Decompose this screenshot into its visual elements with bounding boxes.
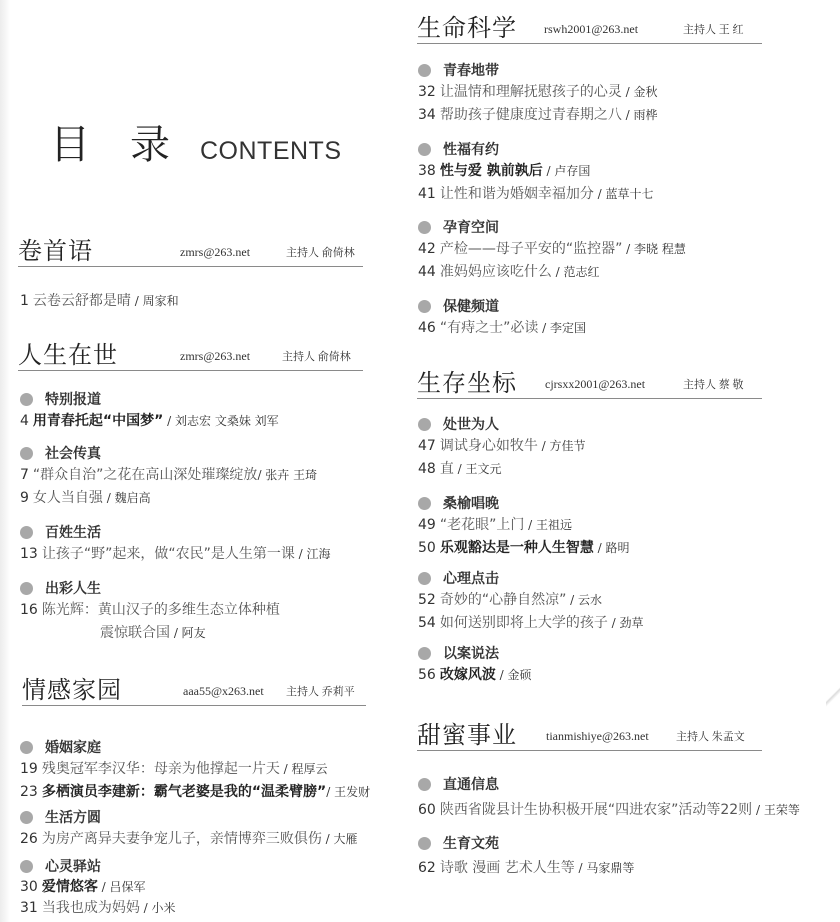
entry-author: / 吕保军 [98, 880, 146, 894]
group-xingfuyouyue: 性福有约 38性与爱 孰前孰后 / 卢存国 41让性和谐为婚姻幸福加分 / 蓝草… [418, 138, 654, 206]
category-label: 青春地带 [443, 60, 499, 80]
group-xinlingyizhan: 心灵驿站 30爱情悠客 / 吕保军 31当我也成为妈妈 / 小米 [20, 855, 176, 919]
entry-title: “有痔之士”必读 [440, 320, 539, 336]
page-number: 34 [418, 107, 436, 123]
category-label: 心理点击 [443, 568, 499, 588]
page-number: 46 [418, 320, 436, 336]
entry-title: 改嫁风波 [440, 667, 496, 683]
group-yianshuofa: 以案说法 56改嫁风波 / 金硕 [418, 642, 532, 687]
entry-author: / 大雁 [322, 832, 358, 846]
entry-title: 帮助孩子健康度过青春期之八 [440, 107, 622, 123]
toc-entry[interactable]: 34帮助孩子健康度过青春期之八 / 雨桦 [418, 104, 658, 127]
toc-entry-continuation[interactable]: 震惊联合国 / 阿友 [20, 622, 280, 645]
category-heading: 性福有约 [418, 138, 654, 160]
category-label: 桑榆唱晚 [443, 493, 499, 513]
entry-title: 奇妙的“心静自然凉” [440, 592, 567, 608]
page-fold-mark [826, 682, 840, 710]
entry-author: / 小米 [140, 901, 176, 915]
bullet-dot-icon [418, 778, 431, 791]
section-title: 人生在世 [18, 340, 118, 370]
page-number: 42 [418, 241, 436, 257]
group-baixingshenghuo: 百姓生活 13让孩子“野”起来，做“农民”是人生第一课 / 江海 [20, 521, 331, 566]
toc-entry[interactable]: 38性与爱 孰前孰后 / 卢存国 [418, 160, 654, 183]
page-number: 62 [418, 860, 436, 876]
group-xinlidianji: 心理点击 52奇妙的“心静自然凉” / 云水 54如何送别即将上大学的孩子 / … [418, 567, 644, 635]
entry-author: / 李定国 [538, 321, 586, 335]
section-title: 甜蜜事业 [417, 720, 517, 750]
category-heading: 直通信息 [418, 773, 800, 795]
toc-entry[interactable]: 46“有痔之士”必读 / 李定国 [418, 317, 586, 340]
entry-author: / 雨桦 [622, 108, 658, 122]
section-title: 卷首语 [18, 236, 93, 266]
title-contents: CONTENTS [200, 137, 342, 165]
bullet-dot-icon [20, 526, 33, 539]
section-host: 主持人 朱孟文 [676, 728, 745, 744]
category-heading: 桑榆唱晚 [418, 492, 630, 514]
entry-title: 陈光辉：黄山汉子的多维生态立体种植 [42, 602, 280, 618]
page-number: 9 [20, 490, 29, 506]
entry-author: / 刘志宏 文桑妹 刘军 [163, 414, 278, 428]
category-heading: 心理点击 [418, 567, 644, 589]
page-number: 13 [20, 546, 38, 562]
entry-title: 让性和谐为婚姻幸福加分 [440, 186, 594, 202]
entry-title: 诗歌 漫画 艺术人生等 [440, 860, 575, 876]
page-number: 52 [418, 592, 436, 608]
page-number: 7 [20, 467, 29, 483]
category-heading: 处世为人 [418, 413, 586, 435]
entry-author: / 王荣等 [752, 803, 800, 817]
group-shenghuofangyuan: 生活方圆 26为房产离异夫妻争宠儿子，亲情博弈三败俱伤 / 大雁 [20, 806, 358, 851]
entry-author: / 魏启高 [103, 491, 151, 505]
group-hunyinjiating: 婚姻家庭 19残奥冠军李汉华：母亲为他撑起一片天 / 程厚云 23多栖演员李建新… [20, 736, 370, 804]
bullet-dot-icon [418, 837, 431, 850]
page-number: 4 [20, 413, 29, 429]
category-heading: 百姓生活 [20, 521, 331, 543]
section-header: 情感家园 aaa55@x263.net 主持人 乔莉平 [22, 673, 366, 706]
page-number: 41 [418, 186, 436, 202]
toc-entry[interactable]: 52奇妙的“心静自然凉” / 云水 [418, 589, 644, 612]
entry-title: 如何送别即将上大学的孩子 [440, 615, 608, 631]
section-header: 人生在世 zmrs@263.net 主持人 俞倚林 [18, 338, 363, 371]
entry-author: / 路明 [594, 541, 630, 555]
entry-title: 产检——母子平安的“监控器” [440, 241, 623, 257]
entry-author: / 卢存国 [543, 164, 591, 178]
entries-juanshouyu: 1云卷云舒都是晴 / 周家和 [20, 290, 179, 313]
category-label: 保健频道 [443, 296, 499, 316]
toc-entry[interactable]: 41让性和谐为婚姻幸福加分 / 蓝草十七 [418, 183, 654, 206]
entry-title: 让孩子“野”起来，做“农民”是人生第一课 [42, 546, 295, 562]
section-email[interactable]: aaa55@x263.net [183, 684, 264, 699]
bullet-dot-icon [20, 447, 33, 460]
entry-author: / 阿友 [170, 626, 206, 640]
entry-title: 直 [440, 461, 454, 477]
toc-entry[interactable]: 31当我也成为妈妈 / 小米 [20, 898, 176, 919]
page-number: 44 [418, 264, 436, 280]
category-heading: 心灵驿站 [20, 855, 176, 877]
bullet-dot-icon [418, 647, 431, 660]
section-host: 主持人 俞倚林 [282, 348, 351, 364]
toc-entry[interactable]: 42产检——母子平安的“监控器” / 李晓 程慧 [418, 238, 686, 261]
entry-title: “群众自治”之花在高山深处璀璨绽放 [33, 467, 258, 483]
category-heading: 特别报道 [20, 388, 279, 410]
entry-author: / 马家鼎等 [575, 861, 635, 875]
bullet-dot-icon [418, 143, 431, 156]
section-host: 主持人 俞倚林 [286, 244, 355, 260]
category-heading: 出彩人生 [20, 577, 280, 599]
category-label: 孕育空间 [443, 217, 499, 237]
toc-entry[interactable]: 49“老花眼”上门 / 王祖远 [418, 514, 630, 537]
entry-title: 让温情和理解抚慰孩子的心灵 [440, 84, 622, 100]
section-tianmishiye: 甜蜜事业 tianmishiye@263.net 主持人 朱孟文 [417, 718, 762, 751]
category-heading: 青春地带 [418, 59, 658, 81]
page-number: 50 [418, 540, 436, 556]
page-number: 19 [20, 761, 38, 777]
bullet-dot-icon [20, 393, 33, 406]
entry-title: 爱情悠客 [42, 879, 98, 895]
group-yunyukongjian: 孕育空间 42产检——母子平安的“监控器” / 李晓 程慧 44准妈妈应该吃什么… [418, 216, 686, 284]
page-number: 48 [418, 461, 436, 477]
entry-title: 震惊联合国 [100, 625, 170, 641]
category-heading: 孕育空间 [418, 216, 686, 238]
entry-author: / 江海 [295, 547, 331, 561]
section-email[interactable]: rswh2001@263.net [544, 22, 638, 37]
entry-title: 女人当自强 [33, 490, 103, 506]
category-label: 心灵驿站 [45, 856, 101, 876]
toc-entry[interactable]: 13让孩子“野”起来，做“农民”是人生第一课 / 江海 [20, 543, 331, 566]
bullet-dot-icon [418, 221, 431, 234]
toc-entry[interactable]: 62诗歌 漫画 艺术人生等 / 马家鼎等 [418, 857, 634, 880]
bullet-dot-icon [20, 582, 33, 595]
bullet-dot-icon [20, 741, 33, 754]
section-title: 情感家园 [22, 675, 122, 705]
section-email[interactable]: zmrs@263.net [180, 245, 250, 260]
section-header: 生命科学 rswh2001@263.net 主持人 王 红 [417, 11, 762, 44]
bullet-dot-icon [20, 860, 33, 873]
section-shengcunzuobiao: 生存坐标 cjrsxx2001@263.net 主持人 蔡 敬 [417, 366, 762, 399]
category-label: 生活方圆 [45, 807, 101, 827]
entry-author: / 金秋 [622, 85, 658, 99]
toc-entry[interactable]: 26为房产离异夫妻争宠儿子，亲情博弈三败俱伤 / 大雁 [20, 828, 358, 851]
entry-title: 性与爱 孰前孰后 [440, 163, 543, 179]
category-label: 婚姻家庭 [45, 737, 101, 757]
entry-title: 云卷云舒都是晴 [33, 293, 131, 309]
group-tebiebaodao: 特别报道 4用青春托起“中国梦” / 刘志宏 文桑妹 刘军 [20, 388, 279, 433]
title-char-mu: 目 [50, 125, 90, 165]
category-label: 性福有约 [443, 139, 499, 159]
category-heading: 以案说法 [418, 642, 532, 664]
section-title: 生命科学 [417, 13, 517, 43]
toc-entry[interactable]: 32让温情和理解抚慰孩子的心灵 / 金秋 [418, 81, 658, 104]
toc-entry[interactable]: 19残奥冠军李汉华：母亲为他撑起一片天 / 程厚云 [20, 758, 370, 781]
entry-title: 准妈妈应该吃什么 [440, 264, 552, 280]
entry-author: / 周家和 [131, 294, 179, 308]
section-host: 主持人 王 红 [683, 21, 744, 37]
page-number: 32 [418, 84, 436, 100]
toc-entry[interactable]: 50乐观豁达是一种人生智慧 / 路明 [418, 537, 630, 560]
toc-entry[interactable]: 30爱情悠客 / 吕保军 [20, 877, 176, 898]
section-host: 主持人 蔡 敬 [683, 376, 744, 392]
page-number: 54 [418, 615, 436, 631]
bullet-dot-icon [20, 811, 33, 824]
section-header: 甜蜜事业 tianmishiye@263.net 主持人 朱孟文 [417, 718, 762, 751]
category-label: 生育文苑 [443, 833, 499, 853]
group-zhitongxinxi: 直通信息 60陕西省陇县计生协积极开展“四进农家”活动等22则 / 王荣等 [418, 773, 800, 822]
section-email[interactable]: cjrsxx2001@263.net [545, 377, 645, 392]
section-header: 卷首语 zmrs@263.net 主持人 俞倚林 [18, 234, 363, 267]
entry-author: / 李晓 程慧 [622, 242, 686, 256]
page-number: 31 [20, 900, 38, 916]
category-label: 社会传真 [45, 443, 101, 463]
bullet-dot-icon [418, 497, 431, 510]
entry-title: “老花眼”上门 [440, 517, 525, 533]
page-number: 47 [418, 438, 436, 454]
entry-author: / 张卉 王琦 [257, 468, 317, 482]
bullet-dot-icon [418, 300, 431, 313]
page-number: 38 [418, 163, 436, 179]
entry-title: 多栖演员李建新：霸气老婆是我的“温柔臂膀” [42, 784, 326, 800]
toc-entry[interactable]: 47调试身心如牧牛 / 方佳节 [418, 435, 586, 458]
category-heading: 婚姻家庭 [20, 736, 370, 758]
category-label: 处世为人 [443, 414, 499, 434]
category-heading: 生育文苑 [418, 832, 634, 854]
category-heading: 保健频道 [418, 295, 586, 317]
section-host: 主持人 乔莉平 [286, 683, 355, 699]
category-label: 以案说法 [443, 643, 499, 663]
entry-title: 乐观豁达是一种人生智慧 [440, 540, 594, 556]
bullet-dot-icon [418, 418, 431, 431]
toc-entry[interactable]: 54如何送别即将上大学的孩子 / 劲草 [418, 612, 644, 635]
group-shehuichuanzhen: 社会传真 7“群众自治”之花在高山深处璀璨绽放/ 张卉 王琦 9女人当自强 / … [20, 442, 317, 510]
page-number: 16 [20, 602, 38, 618]
entry-author: / 王祖远 [524, 518, 572, 532]
page-number: 60 [418, 802, 436, 818]
group-shengyuwenyuan: 生育文苑 62诗歌 漫画 艺术人生等 / 马家鼎等 [418, 832, 634, 880]
entry-title: 为房产离异夫妻争宠儿子，亲情博弈三败俱伤 [42, 831, 322, 847]
page-number: 1 [20, 293, 29, 309]
entry-author: / 金硕 [496, 668, 532, 682]
group-sangyuchangwan: 桑榆唱晚 49“老花眼”上门 / 王祖远 50乐观豁达是一种人生智慧 / 路明 [418, 492, 630, 560]
entry-author: / 劲草 [608, 616, 644, 630]
toc-entry[interactable]: 1云卷云舒都是晴 / 周家和 [20, 290, 179, 313]
toc-entry[interactable]: 56改嫁风波 / 金硕 [418, 664, 532, 687]
toc-entry[interactable]: 48直 / 王文元 [418, 458, 586, 481]
section-qingganjiayuan: 情感家园 aaa55@x263.net 主持人 乔莉平 [22, 673, 366, 706]
entry-title: 用青春托起“中国梦” [33, 413, 163, 429]
section-header: 生存坐标 cjrsxx2001@263.net 主持人 蔡 敬 [417, 366, 762, 399]
category-label: 特别报道 [45, 389, 101, 409]
section-title: 生存坐标 [417, 368, 517, 398]
toc-entry[interactable]: 9女人当自强 / 魏启高 [20, 487, 317, 510]
entry-title: 当我也成为妈妈 [42, 900, 140, 916]
category-label: 百姓生活 [45, 522, 101, 542]
toc-entry[interactable]: 4用青春托起“中国梦” / 刘志宏 文桑妹 刘军 [20, 410, 279, 433]
entry-author: / 范志红 [552, 265, 600, 279]
entry-author: / 王文元 [454, 462, 502, 476]
toc-entry[interactable]: 44准妈妈应该吃什么 / 范志红 [418, 261, 686, 284]
page-left-edge-shadow [0, 0, 10, 922]
bullet-dot-icon [418, 64, 431, 77]
toc-entry[interactable]: 23多栖演员李建新：霸气老婆是我的“温柔臂膀”/ 王发财 [20, 781, 370, 804]
section-renshengzaishi: 人生在世 zmrs@263.net 主持人 俞倚林 [18, 338, 363, 371]
category-heading: 生活方圆 [20, 806, 358, 828]
group-baojianpindao: 保健频道 46“有痔之士”必读 / 李定国 [418, 295, 586, 340]
section-shengmingkexue: 生命科学 rswh2001@263.net 主持人 王 红 [417, 11, 762, 44]
entry-author: / 云水 [566, 593, 602, 607]
entry-title: 残奥冠军李汉华：母亲为他撑起一片天 [42, 761, 280, 777]
toc-entry[interactable]: 16陈光辉：黄山汉子的多维生态立体种植 [20, 599, 280, 622]
entry-author: / 程厚云 [280, 762, 328, 776]
bullet-dot-icon [418, 572, 431, 585]
category-heading: 社会传真 [20, 442, 317, 464]
entry-author: / 王发财 [326, 785, 370, 799]
title-char-lu: 录 [130, 125, 170, 165]
group-qingchundidai: 青春地带 32让温情和理解抚慰孩子的心灵 / 金秋 34帮助孩子健康度过青春期之… [418, 59, 658, 127]
page-number: 56 [418, 667, 436, 683]
section-email[interactable]: tianmishiye@263.net [546, 729, 649, 744]
category-label: 直通信息 [443, 774, 499, 794]
page-number: 23 [20, 784, 38, 800]
group-chushiweiren: 处世为人 47调试身心如牧牛 / 方佳节 48直 / 王文元 [418, 413, 586, 481]
category-label: 出彩人生 [45, 578, 101, 598]
section-email[interactable]: zmrs@263.net [180, 349, 250, 364]
page-number: 30 [20, 879, 38, 895]
toc-entry[interactable]: 60陕西省陇县计生协积极开展“四进农家”活动等22则 / 王荣等 [418, 799, 800, 822]
toc-entry[interactable]: 7“群众自治”之花在高山深处璀璨绽放/ 张卉 王琦 [20, 464, 317, 487]
group-chucairensheng: 出彩人生 16陈光辉：黄山汉子的多维生态立体种植 震惊联合国 / 阿友 [20, 577, 280, 645]
section-juanshouyu: 卷首语 zmrs@263.net 主持人 俞倚林 [18, 234, 363, 267]
entry-author: / 蓝草十七 [594, 187, 654, 201]
page-number: 26 [20, 831, 38, 847]
page-title: 目 录 CONTENTS [50, 117, 342, 165]
entry-title: 调试身心如牧牛 [440, 438, 538, 454]
page-number: 49 [418, 517, 436, 533]
entry-author: / 方佳节 [538, 439, 586, 453]
entry-title: 陕西省陇县计生协积极开展“四进农家”活动等22则 [440, 802, 752, 818]
